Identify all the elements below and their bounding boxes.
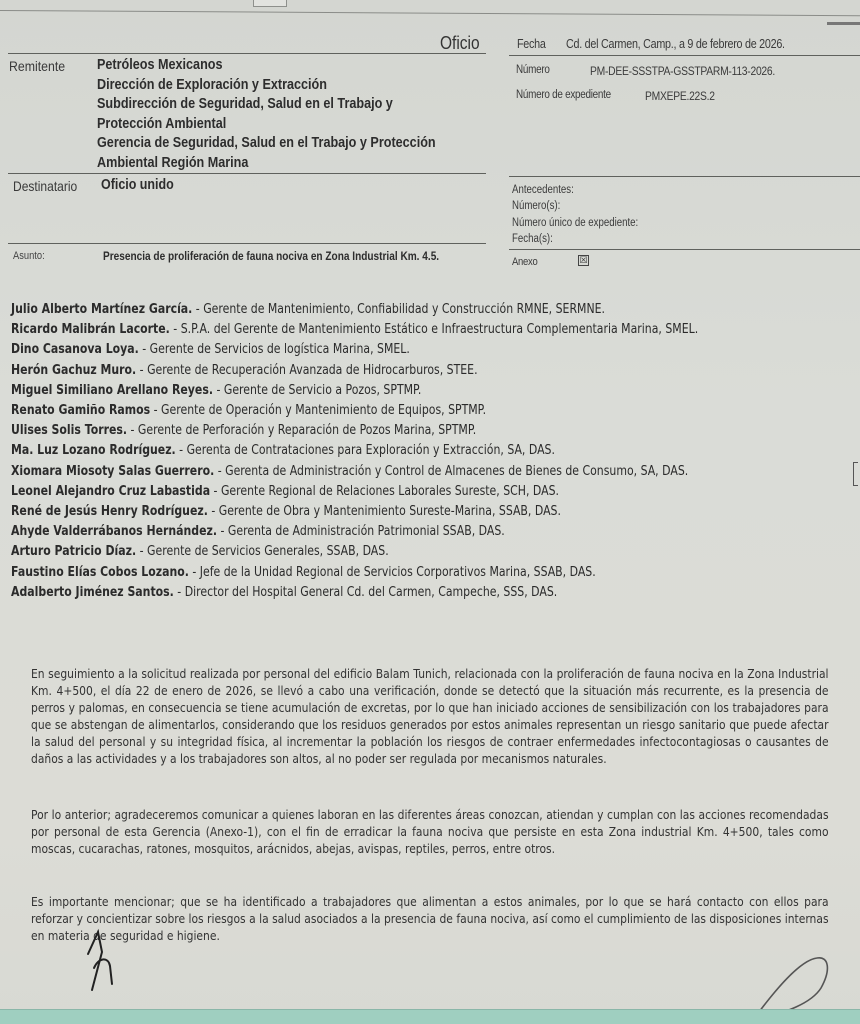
recipient-role: - S.P.A. del Gerente de Mantenimiento Es… xyxy=(170,322,698,337)
recipient-row: Julio Alberto Martínez García. - Gerente… xyxy=(11,300,698,320)
expediente-label: Número de expediente xyxy=(516,89,611,101)
expediente-value: PMXEPE.22S.2 xyxy=(645,89,715,103)
remitente-line: Subdirección de Seguridad, Salud en el T… xyxy=(97,95,436,115)
body-paragraph-1: En seguimiento a la solicitud realizada … xyxy=(31,665,829,768)
handwritten-initials-icon xyxy=(80,922,140,992)
recipient-name: Adalberto Jiménez Santos. xyxy=(11,585,174,600)
remitente-line: Gerencia de Seguridad, Salud en el Traba… xyxy=(97,134,436,154)
recipient-row: Adalberto Jiménez Santos. - Director del… xyxy=(11,583,698,603)
recipient-role: - Director del Hospital General Cd. del … xyxy=(174,585,557,600)
recipient-role: - Gerente de Perforación y Reparación de… xyxy=(127,423,476,438)
recipient-list: Julio Alberto Martínez García. - Gerente… xyxy=(11,300,698,603)
antecedentes-numeros: Número(s): xyxy=(512,198,638,214)
fecha-label: Fecha xyxy=(517,37,546,51)
recipient-name: Julio Alberto Martínez García. xyxy=(11,302,192,317)
recipient-row: Dino Casanova Loya. - Gerente de Servici… xyxy=(11,340,698,360)
remitente-rule xyxy=(8,173,486,174)
recipient-name: Faustino Elías Cobos Lozano. xyxy=(11,565,189,580)
recipient-name: Ahyde Valderrábanos Hernández. xyxy=(11,524,217,539)
remitente-line: Protección Ambiental xyxy=(97,115,436,135)
antecedentes-title: Antecedentes: xyxy=(512,182,638,198)
antecedentes-block: Antecedentes: Número(s): Número único de… xyxy=(512,182,638,248)
recipient-role: - Gerente de Servicio a Pozos, SPTMP. xyxy=(213,383,421,398)
recipient-role: - Gerenta de Administración Patrimonial … xyxy=(217,524,505,539)
recipient-role: - Gerente de Servicios de logística Mari… xyxy=(139,342,410,357)
recipient-name: Xiomara Miosoty Salas Guerrero. xyxy=(11,464,214,479)
taskbar xyxy=(0,1009,860,1024)
recipient-role: - Gerente Regional de Relaciones Laboral… xyxy=(210,484,559,499)
recipient-row: Leonel Alejandro Cruz Labastida - Gerent… xyxy=(11,482,698,502)
destinatario-rule xyxy=(8,243,486,244)
recipient-row: Herón Gachuz Muro. - Gerente de Recupera… xyxy=(11,361,698,381)
asunto-value: Presencia de proliferación de fauna noci… xyxy=(103,249,439,263)
recipient-role: - Gerente de Operación y Mantenimiento d… xyxy=(150,403,486,418)
numero-value: PM-DEE-SSSTPA-GSSTPARM-113-2026. xyxy=(590,64,775,78)
corner-mark xyxy=(827,22,860,25)
body-paragraph-2: Por lo anterior; agradeceremos comunicar… xyxy=(31,806,829,857)
recipient-name: Ricardo Malibrán Lacorte. xyxy=(11,322,170,337)
recipient-row: Ricardo Malibrán Lacorte. - S.P.A. del G… xyxy=(11,320,698,340)
recipient-row: René de Jesús Henry Rodríguez. - Gerente… xyxy=(11,502,698,522)
recipient-name: Miguel Similiano Arellano Reyes. xyxy=(11,383,213,398)
remitente-line: Ambiental Región Marina xyxy=(97,154,436,174)
antecedentes-numero-unico: Número único de expediente: xyxy=(512,215,638,231)
recipient-row: Ulises Solis Torres. - Gerente de Perfor… xyxy=(11,421,698,441)
recipient-role: - Gerente de Mantenimiento, Confiabilida… xyxy=(192,302,605,317)
recipient-row: Arturo Patricio Díaz. - Gerente de Servi… xyxy=(11,542,698,562)
recipient-row: Ma. Luz Lozano Rodríguez. - Gerenta de C… xyxy=(11,441,698,461)
recipient-name: René de Jesús Henry Rodríguez. xyxy=(11,504,208,519)
recipient-row: Renato Gamiño Ramos - Gerente de Operaci… xyxy=(11,401,698,421)
anexo-checkbox-icon: ☒ xyxy=(578,255,589,266)
numero-label: Número xyxy=(516,64,550,76)
recipient-name: Ulises Solis Torres. xyxy=(11,423,127,438)
recipient-row: Faustino Elías Cobos Lozano. - Jefe de l… xyxy=(11,563,698,583)
recipient-role: - Gerente de Servicios Generales, SSAB, … xyxy=(136,544,389,559)
document-type-title: Oficio xyxy=(440,33,480,54)
recipient-role: - Gerenta de Contrataciones para Explora… xyxy=(176,443,555,458)
recipient-name: Leonel Alejandro Cruz Labastida xyxy=(11,484,210,499)
remitente-label: Remitente xyxy=(9,58,65,74)
remitente-line: Petróleos Mexicanos xyxy=(97,56,436,76)
antecedentes-top-rule xyxy=(509,176,860,177)
fecha-rule xyxy=(509,55,860,56)
recipient-name: Dino Casanova Loya. xyxy=(11,342,139,357)
recipient-role: - Gerenta de Administración y Control de… xyxy=(214,464,688,479)
remitente-lines: Petróleos Mexicanos Dirección de Explora… xyxy=(97,56,436,174)
asunto-label: Asunto: xyxy=(13,250,45,262)
recipient-row: Ahyde Valderrábanos Hernández. - Gerenta… xyxy=(11,522,698,542)
recipient-name: Herón Gachuz Muro. xyxy=(11,363,136,378)
destinatario-value: Oficio unido xyxy=(101,177,174,193)
recipient-role: - Jefe de la Unidad Regional de Servicio… xyxy=(189,565,596,580)
remitente-line: Dirección de Exploración y Extracción xyxy=(97,76,436,96)
top-divider xyxy=(0,10,860,16)
antecedentes-fechas: Fecha(s): xyxy=(512,231,638,247)
body-paragraph-3: Es importante mencionar; que se ha ident… xyxy=(31,893,829,944)
anexo-label: Anexo xyxy=(512,256,538,268)
antecedentes-bottom-rule xyxy=(509,249,860,250)
recipient-row: Miguel Similiano Arellano Reyes. - Geren… xyxy=(11,381,698,401)
top-tab-decoration xyxy=(253,0,287,7)
document-page: Oficio Remitente Petróleos Mexicanos Dir… xyxy=(0,0,860,1024)
recipient-row: Xiomara Miosoty Salas Guerrero. - Gerent… xyxy=(11,462,698,482)
fecha-value: Cd. del Carmen, Camp., a 9 de febrero de… xyxy=(566,37,785,51)
header-rule-left xyxy=(8,53,486,54)
recipient-name: Ma. Luz Lozano Rodríguez. xyxy=(11,443,176,458)
recipient-role: - Gerente de Obra y Mantenimiento Surest… xyxy=(208,504,561,519)
recipient-name: Renato Gamiño Ramos xyxy=(11,403,150,418)
recipient-name: Arturo Patricio Díaz. xyxy=(11,544,136,559)
recipient-role: - Gerente de Recuperación Avanzada de Hi… xyxy=(136,363,477,378)
destinatario-label: Destinatario xyxy=(13,178,77,194)
edge-bracket xyxy=(853,462,858,486)
